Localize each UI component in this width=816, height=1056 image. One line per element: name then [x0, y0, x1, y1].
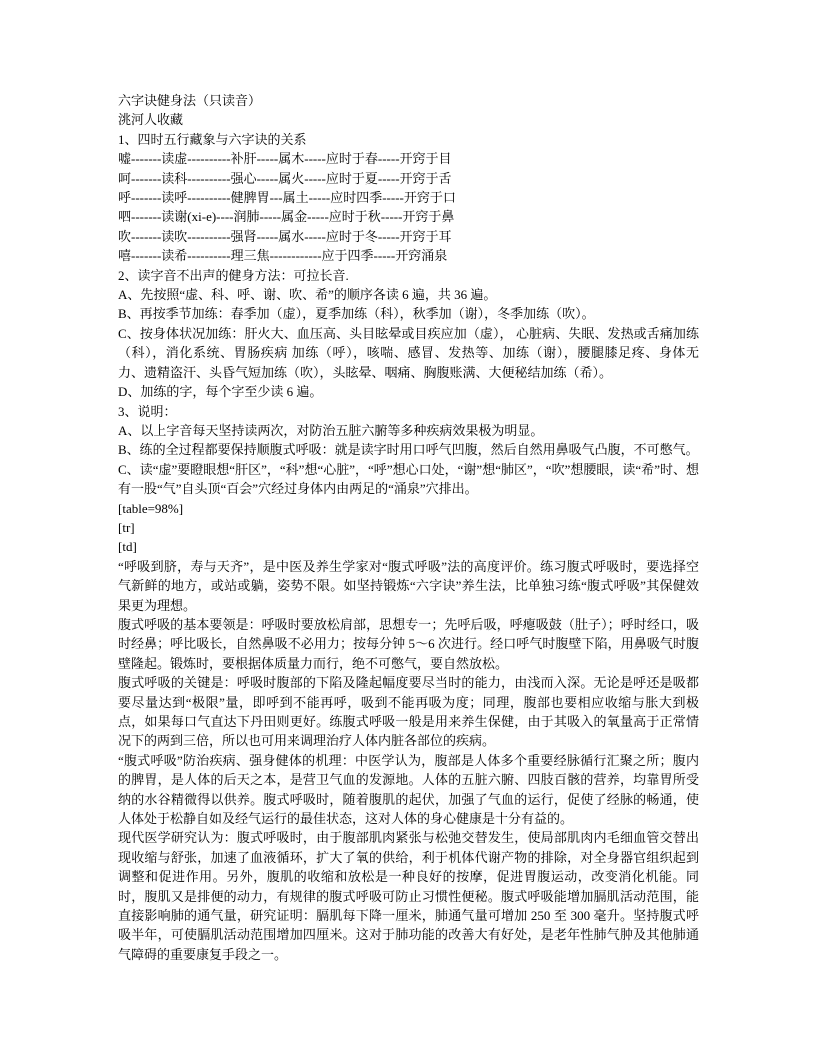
- paragraph-breathing-praise: “呼吸到脐，寿与天齐”，是中医及养生学家对“腹式呼吸”法的高度评价。练习腹式呼吸…: [118, 557, 699, 615]
- section-2-item-d: D、加练的字，每个字至少读 6 遍。: [118, 382, 699, 401]
- bbcode-table-tag: [table=98%]: [118, 499, 699, 518]
- section-2-item-a: A、先按照“虚、科、呼、谢、吹、希”的顺序各读 6 遍，共 36 遍。: [118, 285, 699, 304]
- section-3-item-c: C、读“虚”要瞪眼想“肝区”，“科”想“心脏”，“呼”想心口处，“谢”想“肺区”…: [118, 460, 699, 499]
- section-3-item-a: A、以上字音每天坚持读两次，对防治五脏六腑等多种疾病效果极为明显。: [118, 421, 699, 440]
- bbcode-td-tag: [td]: [118, 537, 699, 556]
- section-2-item-c: C、按身体状况加练：肝火大、血压高、头目眩晕或目疾应加（虚）， 心脏病、失眠、发…: [118, 324, 699, 382]
- section-2-item-b: B、再按季节加练：春季加（虚），夏季加练（科），秋季加（谢），冬季加练（吹）。: [118, 304, 699, 323]
- section-1-heading: 1、四时五行藏象与六字诀的关系: [118, 130, 699, 149]
- section-3-heading: 3、说明：: [118, 402, 699, 421]
- formula-row-xu: 嘘-------读虚----------补肝-----属木-----应时于春--…: [118, 149, 699, 168]
- bbcode-tr-tag: [tr]: [118, 518, 699, 537]
- paragraph-tcm-mechanism: “腹式呼吸”防治疾病、强身健体的机理：中医学认为，腹部是人体多个重要经脉循行汇聚…: [118, 751, 699, 829]
- collector-byline: 洮河人收藏: [118, 110, 699, 129]
- doc-title: 六字诀健身法（只读音）: [118, 91, 699, 110]
- formula-row-xi: 嘻-------读希----------理三焦------------应于四季-…: [118, 246, 699, 265]
- formula-row-hu: 呼-------读呼----------健脾胃---属土-----应时四季---…: [118, 188, 699, 207]
- formula-row-chui: 吹-------读吹----------强肾-----属水-----应时于冬--…: [118, 227, 699, 246]
- formula-row-si: 呬-------读谢(xi-e)----润肺-----属金-----应时于秋--…: [118, 207, 699, 226]
- paragraph-modern-medicine: 现代医学研究认为：腹式呼吸时，由于腹部肌肉紧张与松弛交替发生，使局部肌肉内毛细血…: [118, 828, 699, 964]
- section-2-heading: 2、读字音不出声的健身方法：可拉长音.: [118, 266, 699, 285]
- paragraph-basic-essentials: 腹式呼吸的基本要领是：呼吸时要放松肩部，思想专一；先呼后吸，呼瘪吸鼓（肚子）；呼…: [118, 615, 699, 673]
- section-3-item-b: B、练的全过程都要保持顺腹式呼吸：就是读字时用口呼气凹腹，然后自然用鼻吸气凸腹，…: [118, 440, 699, 459]
- document-page: 六字诀健身法（只读音） 洮河人收藏 1、四时五行藏象与六字诀的关系 嘘-----…: [0, 0, 816, 1056]
- paragraph-key-points: 腹式呼吸的关键是：呼吸时腹部的下陷及隆起幅度要尽当时的能力，由浅而入深。无论是呼…: [118, 673, 699, 751]
- formula-row-he: 呵-------读科----------强心-----属火-----应时于夏--…: [118, 169, 699, 188]
